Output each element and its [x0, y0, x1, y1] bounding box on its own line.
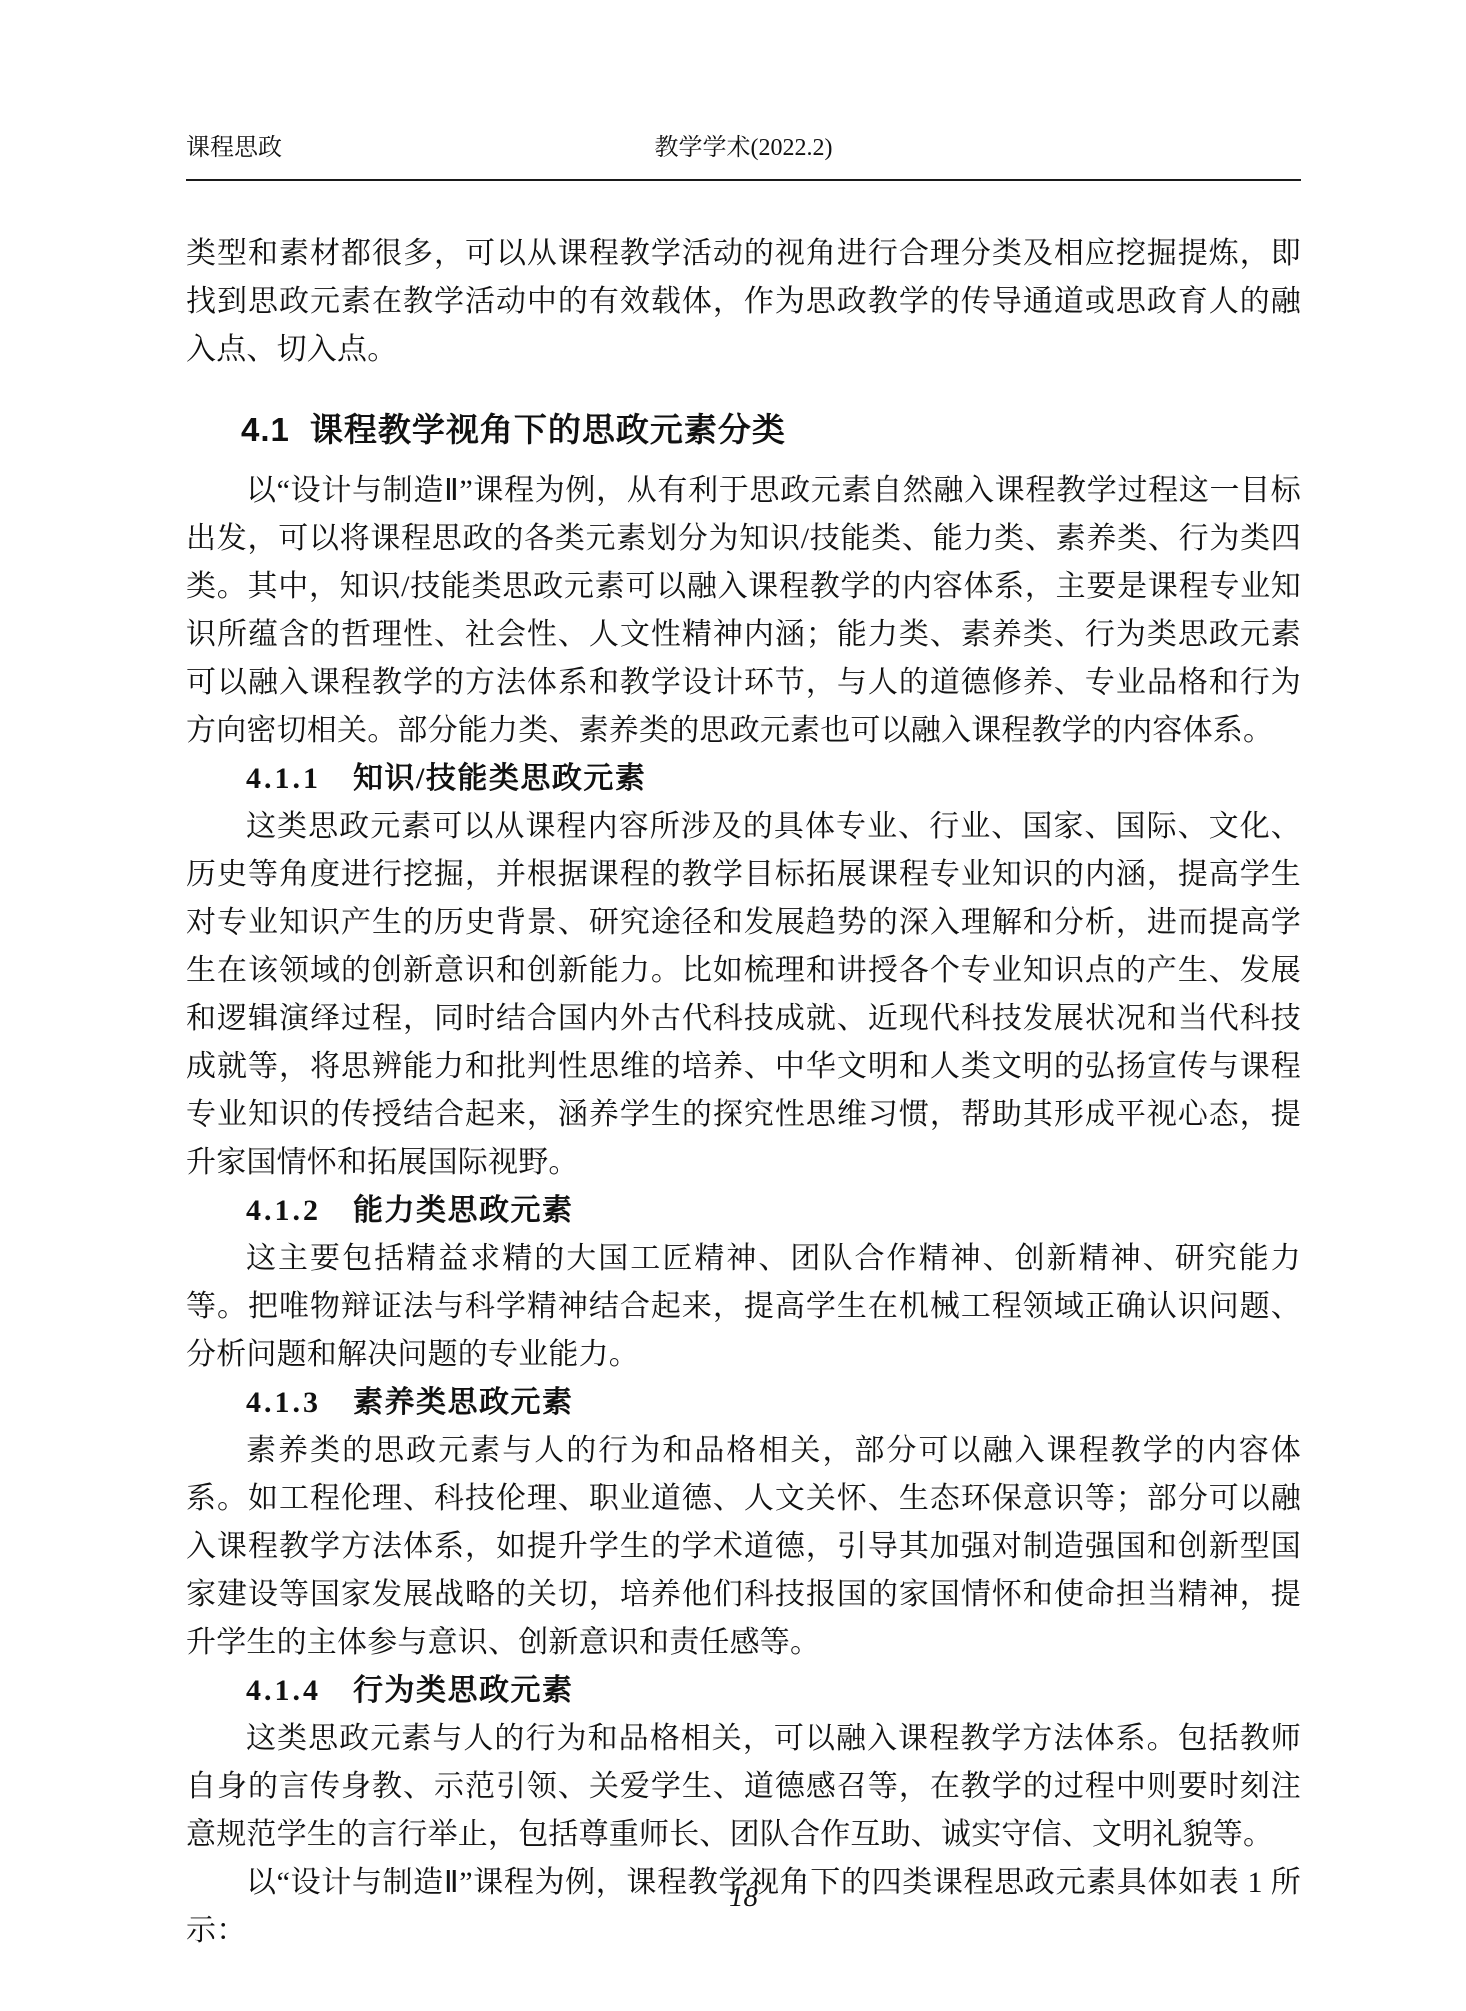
page-number: 18 [186, 1881, 1301, 1914]
section-heading: 4.1课程教学视角下的思政元素分类 [186, 406, 1301, 454]
subsection-title-3: 素养类思政元素 [353, 1386, 574, 1419]
subsection-title-1: 知识/技能类思政元素 [353, 762, 646, 795]
text-column: 类型和素材都很多，可以从课程教学活动的视角进行合理分类及相应挖掘提炼，即找到思政… [186, 230, 1301, 1955]
subsection-heading-2: 4.1.2能力类思政元素 [186, 1187, 1301, 1235]
subsection-number-2: 4.1.2 [246, 1194, 321, 1227]
subsection-heading-4: 4.1.4行为类思政元素 [186, 1667, 1301, 1715]
subsection-number-1: 4.1.1 [246, 762, 321, 795]
page-header: 课程思政 教学学术(2022.2) [186, 131, 1301, 165]
intro-paragraph: 类型和素材都很多，可以从课程教学活动的视角进行合理分类及相应挖掘提炼，即找到思政… [186, 230, 1301, 374]
section-number: 4.1 [241, 411, 290, 448]
subsection-body-4: 这类思政元素与人的行为和品格相关，可以融入课程教学方法体系。包括教师自身的言传身… [186, 1715, 1301, 1859]
document-page: 课程思政 教学学术(2022.2) 类型和素材都很多，可以从课程教学活动的视角进… [0, 0, 1466, 2011]
subsection-body-3: 素养类的思政元素与人的行为和品格相关，部分可以融入课程教学的内容体系。如工程伦理… [186, 1427, 1301, 1667]
subsection-title-2: 能力类思政元素 [353, 1194, 574, 1227]
subsection-number-4: 4.1.4 [246, 1674, 321, 1707]
subsection-body-1: 这类思政元素可以从课程内容所涉及的具体专业、行业、国家、国际、文化、历史等角度进… [186, 803, 1301, 1187]
section-title: 课程教学视角下的思政元素分类 [310, 411, 786, 448]
subsection-body-2: 这主要包括精益求精的大国工匠精神、团队合作精神、创新精神、研究能力等。把唯物辩证… [186, 1235, 1301, 1379]
running-head-journal-label: 教学学术(2022.2) [186, 131, 1301, 165]
subsection-number-3: 4.1.3 [246, 1386, 321, 1419]
header-rule [186, 179, 1301, 181]
section-intro-paragraph: 以“设计与制造Ⅱ”课程为例，从有利于思政元素自然融入课程教学过程这一目标出发，可… [186, 467, 1301, 755]
subsection-title-4: 行为类思政元素 [353, 1674, 574, 1707]
subsection-heading-1: 4.1.1知识/技能类思政元素 [186, 755, 1301, 803]
subsection-heading-3: 4.1.3素养类思政元素 [186, 1379, 1301, 1427]
